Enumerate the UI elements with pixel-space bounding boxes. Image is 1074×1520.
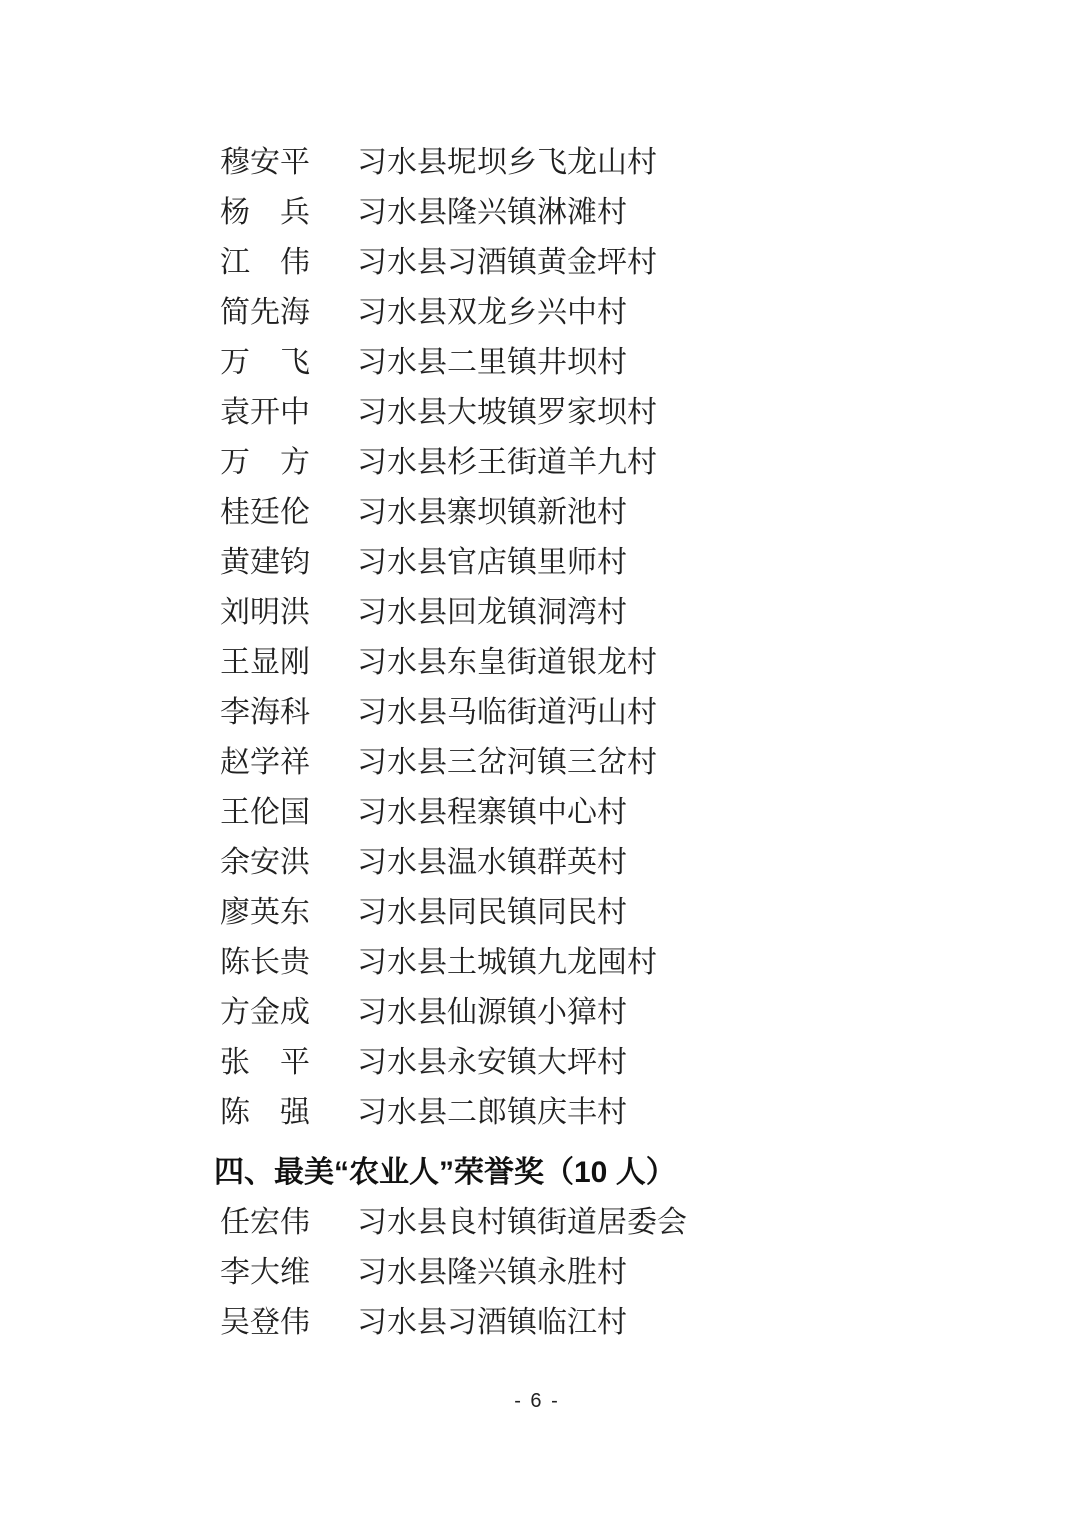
award-row: 陈长贵 习水县土城镇九龙囤村 (220, 938, 687, 988)
award-row: 李海科 习水县马临街道沔山村 (220, 688, 687, 738)
recipient-affiliation: 习水县二郎镇庆丰村 (357, 1088, 627, 1138)
section-4-heading: 四、最美“农业人”荣誉奖（10 人） (214, 1148, 687, 1198)
recipient-affiliation: 习水县杉王街道羊九村 (357, 438, 657, 488)
recipient-name: 刘明洪 (220, 588, 357, 638)
recipient-affiliation: 习水县坭坝乡飞龙山村 (357, 138, 657, 188)
award-row: 桂廷伦 习水县寨坝镇新池村 (220, 488, 687, 538)
recipient-name: 赵学祥 (220, 738, 357, 788)
recipient-affiliation: 习水县良村镇街道居委会 (357, 1198, 687, 1248)
recipient-name: 袁开中 (220, 388, 357, 438)
recipient-name: 桂廷伦 (220, 488, 357, 538)
award-row: 王显刚 习水县东皇街道银龙村 (220, 638, 687, 688)
document-page: 穆安平 习水县坭坝乡飞龙山村 杨 兵 习水县隆兴镇淋滩村 江 伟 习水县习酒镇黄… (0, 0, 1074, 1520)
recipient-affiliation: 习水县仙源镇小獐村 (357, 988, 627, 1038)
recipient-name: 穆安平 (220, 138, 357, 188)
award-row: 杨 兵 习水县隆兴镇淋滩村 (220, 188, 687, 238)
recipient-name: 余安洪 (220, 838, 357, 888)
recipient-affiliation: 习水县回龙镇洞湾村 (357, 588, 627, 638)
recipient-name: 陈 强 (220, 1088, 357, 1138)
award-row: 廖英东 习水县同民镇同民村 (220, 888, 687, 938)
recipient-name: 李海科 (220, 688, 357, 738)
award-row: 万 飞 习水县二里镇井坝村 (220, 338, 687, 388)
recipient-affiliation: 习水县大坡镇罗家坝村 (357, 388, 657, 438)
recipient-affiliation: 习水县官店镇里师村 (357, 538, 627, 588)
recipient-name: 黄建钧 (220, 538, 357, 588)
award-row: 吴登伟 习水县习酒镇临江村 (220, 1298, 687, 1348)
recipient-affiliation: 习水县习酒镇黄金坪村 (357, 238, 657, 288)
recipient-affiliation: 习水县程寨镇中心村 (357, 788, 627, 838)
recipient-affiliation: 习水县同民镇同民村 (357, 888, 627, 938)
recipient-affiliation: 习水县隆兴镇永胜村 (357, 1248, 627, 1298)
recipient-affiliation: 习水县寨坝镇新池村 (357, 488, 627, 538)
recipient-affiliation: 习水县隆兴镇淋滩村 (357, 188, 627, 238)
recipient-name: 杨 兵 (220, 188, 357, 238)
award-row: 赵学祥 习水县三岔河镇三岔村 (220, 738, 687, 788)
award-row: 袁开中 习水县大坡镇罗家坝村 (220, 388, 687, 438)
recipient-affiliation: 习水县东皇街道银龙村 (357, 638, 657, 688)
recipient-name: 吴登伟 (220, 1298, 357, 1348)
recipient-name: 万 方 (220, 438, 357, 488)
award-row: 陈 强 习水县二郎镇庆丰村 (220, 1088, 687, 1138)
recipient-affiliation: 习水县土城镇九龙囤村 (357, 938, 657, 988)
award-row: 王伦国 习水县程寨镇中心村 (220, 788, 687, 838)
recipient-affiliation: 习水县三岔河镇三岔村 (357, 738, 657, 788)
recipient-name: 廖英东 (220, 888, 357, 938)
recipient-affiliation: 习水县马临街道沔山村 (357, 688, 657, 738)
award-row: 方金成 习水县仙源镇小獐村 (220, 988, 687, 1038)
page-number: - 6 - (0, 1390, 1074, 1413)
recipient-name: 任宏伟 (220, 1198, 357, 1248)
recipient-affiliation: 习水县永安镇大坪村 (357, 1038, 627, 1088)
award-row: 刘明洪 习水县回龙镇洞湾村 (220, 588, 687, 638)
recipient-affiliation: 习水县习酒镇临江村 (357, 1298, 627, 1348)
recipient-affiliation: 习水县二里镇井坝村 (357, 338, 627, 388)
recipient-name: 李大维 (220, 1248, 357, 1298)
award-row: 穆安平 习水县坭坝乡飞龙山村 (220, 138, 687, 188)
award-row: 简先海 习水县双龙乡兴中村 (220, 288, 687, 338)
honor-roll-list: 穆安平 习水县坭坝乡飞龙山村 杨 兵 习水县隆兴镇淋滩村 江 伟 习水县习酒镇黄… (220, 138, 687, 1348)
award-row: 任宏伟 习水县良村镇街道居委会 (220, 1198, 687, 1248)
recipient-name: 陈长贵 (220, 938, 357, 988)
recipient-name: 方金成 (220, 988, 357, 1038)
recipient-name: 简先海 (220, 288, 357, 338)
award-row: 李大维 习水县隆兴镇永胜村 (220, 1248, 687, 1298)
recipient-name: 江 伟 (220, 238, 357, 288)
recipient-affiliation: 习水县温水镇群英村 (357, 838, 627, 888)
recipient-name: 王伦国 (220, 788, 357, 838)
award-row: 江 伟 习水县习酒镇黄金坪村 (220, 238, 687, 288)
award-row: 余安洪 习水县温水镇群英村 (220, 838, 687, 888)
award-row: 万 方 习水县杉王街道羊九村 (220, 438, 687, 488)
recipient-affiliation: 习水县双龙乡兴中村 (357, 288, 627, 338)
recipient-name: 王显刚 (220, 638, 357, 688)
recipient-name: 张 平 (220, 1038, 357, 1088)
award-row: 黄建钧 习水县官店镇里师村 (220, 538, 687, 588)
recipient-name: 万 飞 (220, 338, 357, 388)
award-row: 张 平 习水县永安镇大坪村 (220, 1038, 687, 1088)
